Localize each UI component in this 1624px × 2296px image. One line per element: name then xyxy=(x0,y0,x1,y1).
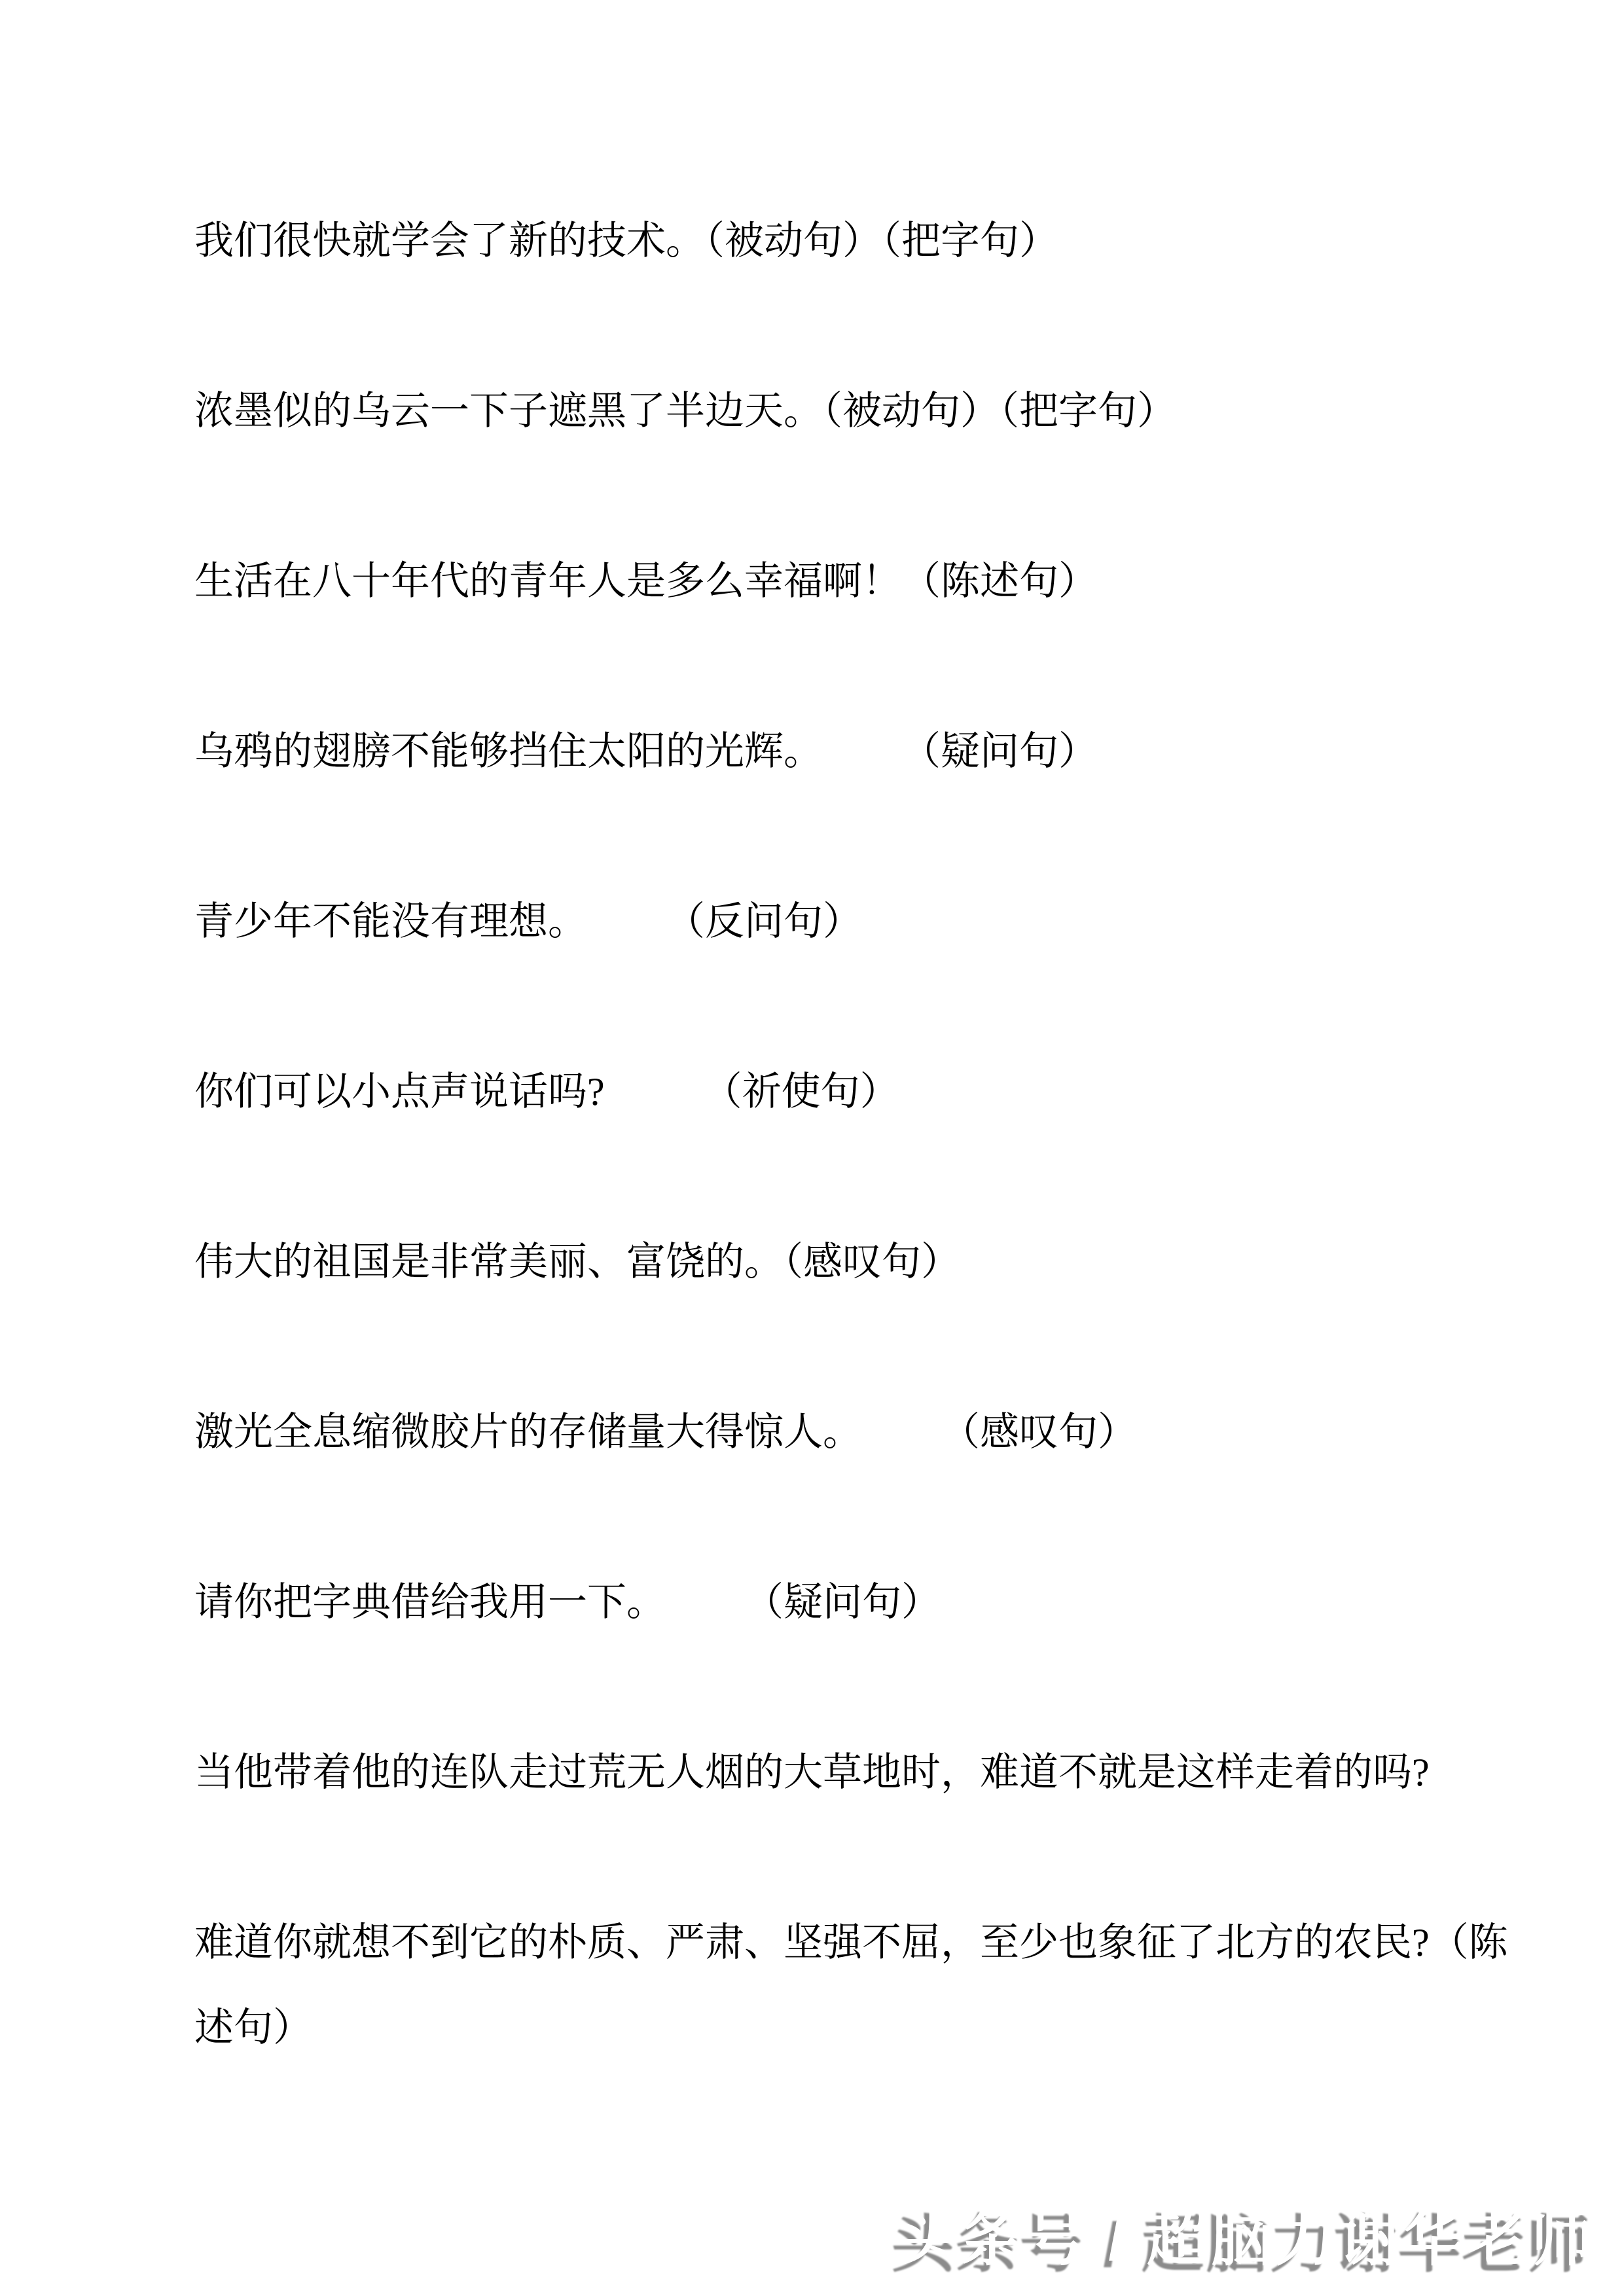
sentence-paragraph: 当他带着他的连队走过荒无人烟的大草地时，难道不就是这样走着的吗? xyxy=(194,1730,1519,1815)
sentence-line: 当他带着他的连队走过荒无人烟的大草地时，难道不就是这样走着的吗? xyxy=(194,1730,1519,1815)
sentence-paragraph: 你们可以小点声说话吗? （祈使句） xyxy=(194,1049,1519,1134)
sentence-paragraph: 乌鸦的翅膀不能够挡住太阳的光辉。 （疑问句） xyxy=(194,709,1519,794)
sentence-paragraph: 浓墨似的乌云一下子遮黑了半边天。（被动句）（把字句） xyxy=(194,368,1519,454)
sentence-paragraph: 难道你就想不到它的朴质、严肃、坚强不屈，至少也象征了北方的农民?（陈述句） xyxy=(194,1900,1519,2070)
sentence-paragraph: 青少年不能没有理想。 （反问句） xyxy=(194,879,1519,964)
sentence-line: 难道你就想不到它的朴质、严肃、坚强不屈，至少也象征了北方的农民?（陈 xyxy=(194,1900,1519,1985)
sentence-line: 青少年不能没有理想。 （反问句） xyxy=(194,879,1519,964)
sentence-line: 浓墨似的乌云一下子遮黑了半边天。（被动句）（把字句） xyxy=(194,368,1519,454)
sentence-paragraph: 激光全息缩微胶片的存储量大得惊人。 （感叹句） xyxy=(194,1390,1519,1475)
watermark: 头条号 / 超脑力谢华老师 xyxy=(897,2208,1596,2270)
sentence-line: 我们很快就学会了新的技术。（被动句）（把字句） xyxy=(194,198,1519,283)
worksheet-page: 我们很快就学会了新的技术。（被动句）（把字句）浓墨似的乌云一下子遮黑了半边天。（… xyxy=(0,0,1624,2296)
sentence-line: 激光全息缩微胶片的存储量大得惊人。 （感叹句） xyxy=(194,1390,1519,1475)
sentence-line: 乌鸦的翅膀不能够挡住太阳的光辉。 （疑问句） xyxy=(194,709,1519,794)
sentence-line: 述句） xyxy=(194,1985,1519,2070)
sentence-list: 我们很快就学会了新的技术。（被动句）（把字句）浓墨似的乌云一下子遮黑了半边天。（… xyxy=(194,198,1519,2070)
sentence-paragraph: 请你把字典借给我用一下。 （疑问句） xyxy=(194,1560,1519,1645)
sentence-line: 你们可以小点声说话吗? （祈使句） xyxy=(194,1049,1519,1134)
sentence-line: 请你把字典借给我用一下。 （疑问句） xyxy=(194,1560,1519,1645)
sentence-paragraph: 生活在八十年代的青年人是多么幸福啊！（陈述句） xyxy=(194,539,1519,624)
sentence-paragraph: 我们很快就学会了新的技术。（被动句）（把字句） xyxy=(194,198,1519,283)
sentence-paragraph: 伟大的祖国是非常美丽、富饶的。（感叹句） xyxy=(194,1219,1519,1304)
sentence-line: 伟大的祖国是非常美丽、富饶的。（感叹句） xyxy=(194,1219,1519,1304)
sentence-line: 生活在八十年代的青年人是多么幸福啊！（陈述句） xyxy=(194,539,1519,624)
